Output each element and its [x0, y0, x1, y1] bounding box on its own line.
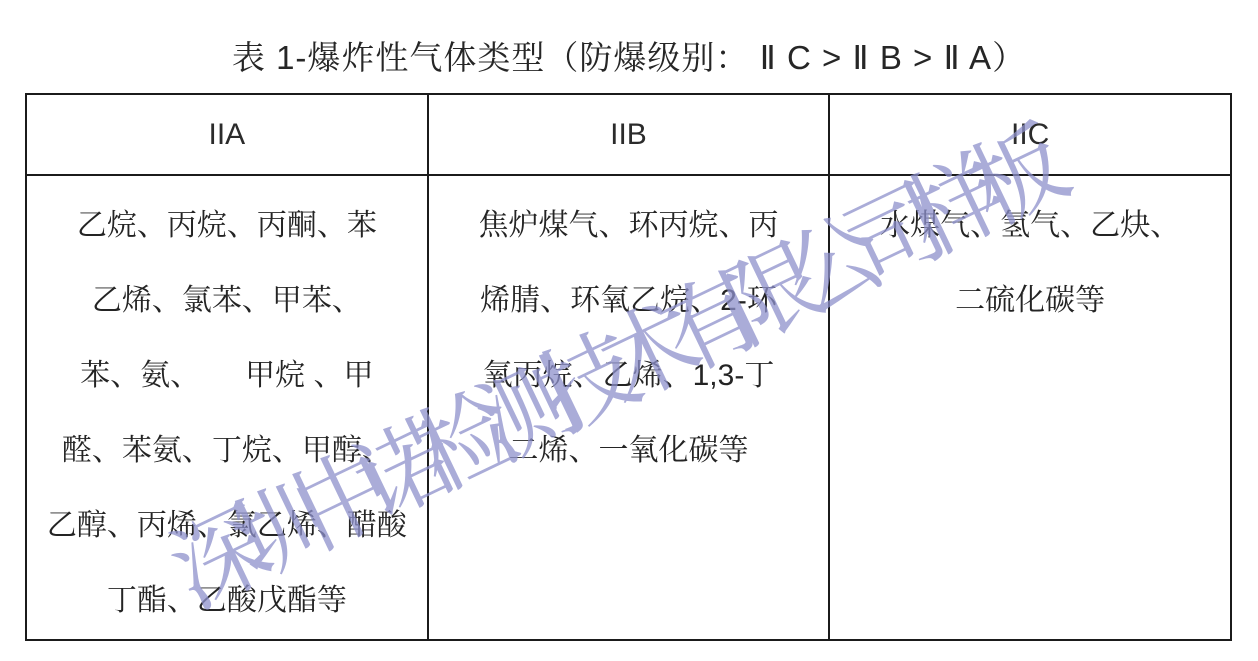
table-body-row: 乙烷、丙烷、丙酮、苯 乙烯、氯苯、甲苯、 苯、氨、 甲烷 、甲 醛、苯氨、丁烷、…: [26, 175, 1231, 640]
page-title: 表 1-爆炸性气体类型（防爆级别： Ⅱ C > Ⅱ B > Ⅱ A）: [0, 32, 1258, 79]
column-header-iic: IIC: [829, 94, 1231, 175]
gas-list-line: 乙烷、丙烷、丙酮、苯: [33, 188, 421, 263]
gas-list-line: 氧丙烷、乙烯、1,3-丁: [435, 338, 823, 413]
gas-list-line: 苯、氨、 甲烷 、甲: [33, 338, 421, 413]
column-header-iia: IIA: [26, 94, 428, 175]
gas-list-line: 二硫化碳等: [836, 263, 1224, 338]
gas-list-line: 乙烯、氯苯、甲苯、: [33, 263, 421, 338]
gas-list-line: 丁酯、乙酸戊酯等: [33, 563, 421, 638]
cell-iib-gases: 焦炉煤气、环丙烷、丙 烯腈、环氧乙烷、2-环 氧丙烷、乙烯、1,3-丁 二烯、一…: [428, 175, 830, 640]
column-header-iib: IIB: [428, 94, 830, 175]
gas-list-line: 乙醇、丙烯、氯乙烯、醋酸: [33, 488, 421, 563]
gas-list-line: 水煤气、氢气、乙炔、: [836, 188, 1224, 263]
gas-list-line: 二烯、一氧化碳等: [435, 413, 823, 488]
cell-iic-gases: 水煤气、氢气、乙炔、 二硫化碳等: [829, 175, 1231, 640]
explosive-gas-table: IIA IIB IIC 乙烷、丙烷、丙酮、苯 乙烯、氯苯、甲苯、 苯、氨、 甲烷…: [25, 93, 1232, 641]
gas-list-line: 烯腈、环氧乙烷、2-环: [435, 263, 823, 338]
gas-list-line: 醛、苯氨、丁烷、甲醇、: [33, 413, 421, 488]
gas-list-line: 焦炉煤气、环丙烷、丙: [435, 188, 823, 263]
table-header-row: IIA IIB IIC: [26, 94, 1231, 175]
cell-iia-gases: 乙烷、丙烷、丙酮、苯 乙烯、氯苯、甲苯、 苯、氨、 甲烷 、甲 醛、苯氨、丁烷、…: [26, 175, 428, 640]
